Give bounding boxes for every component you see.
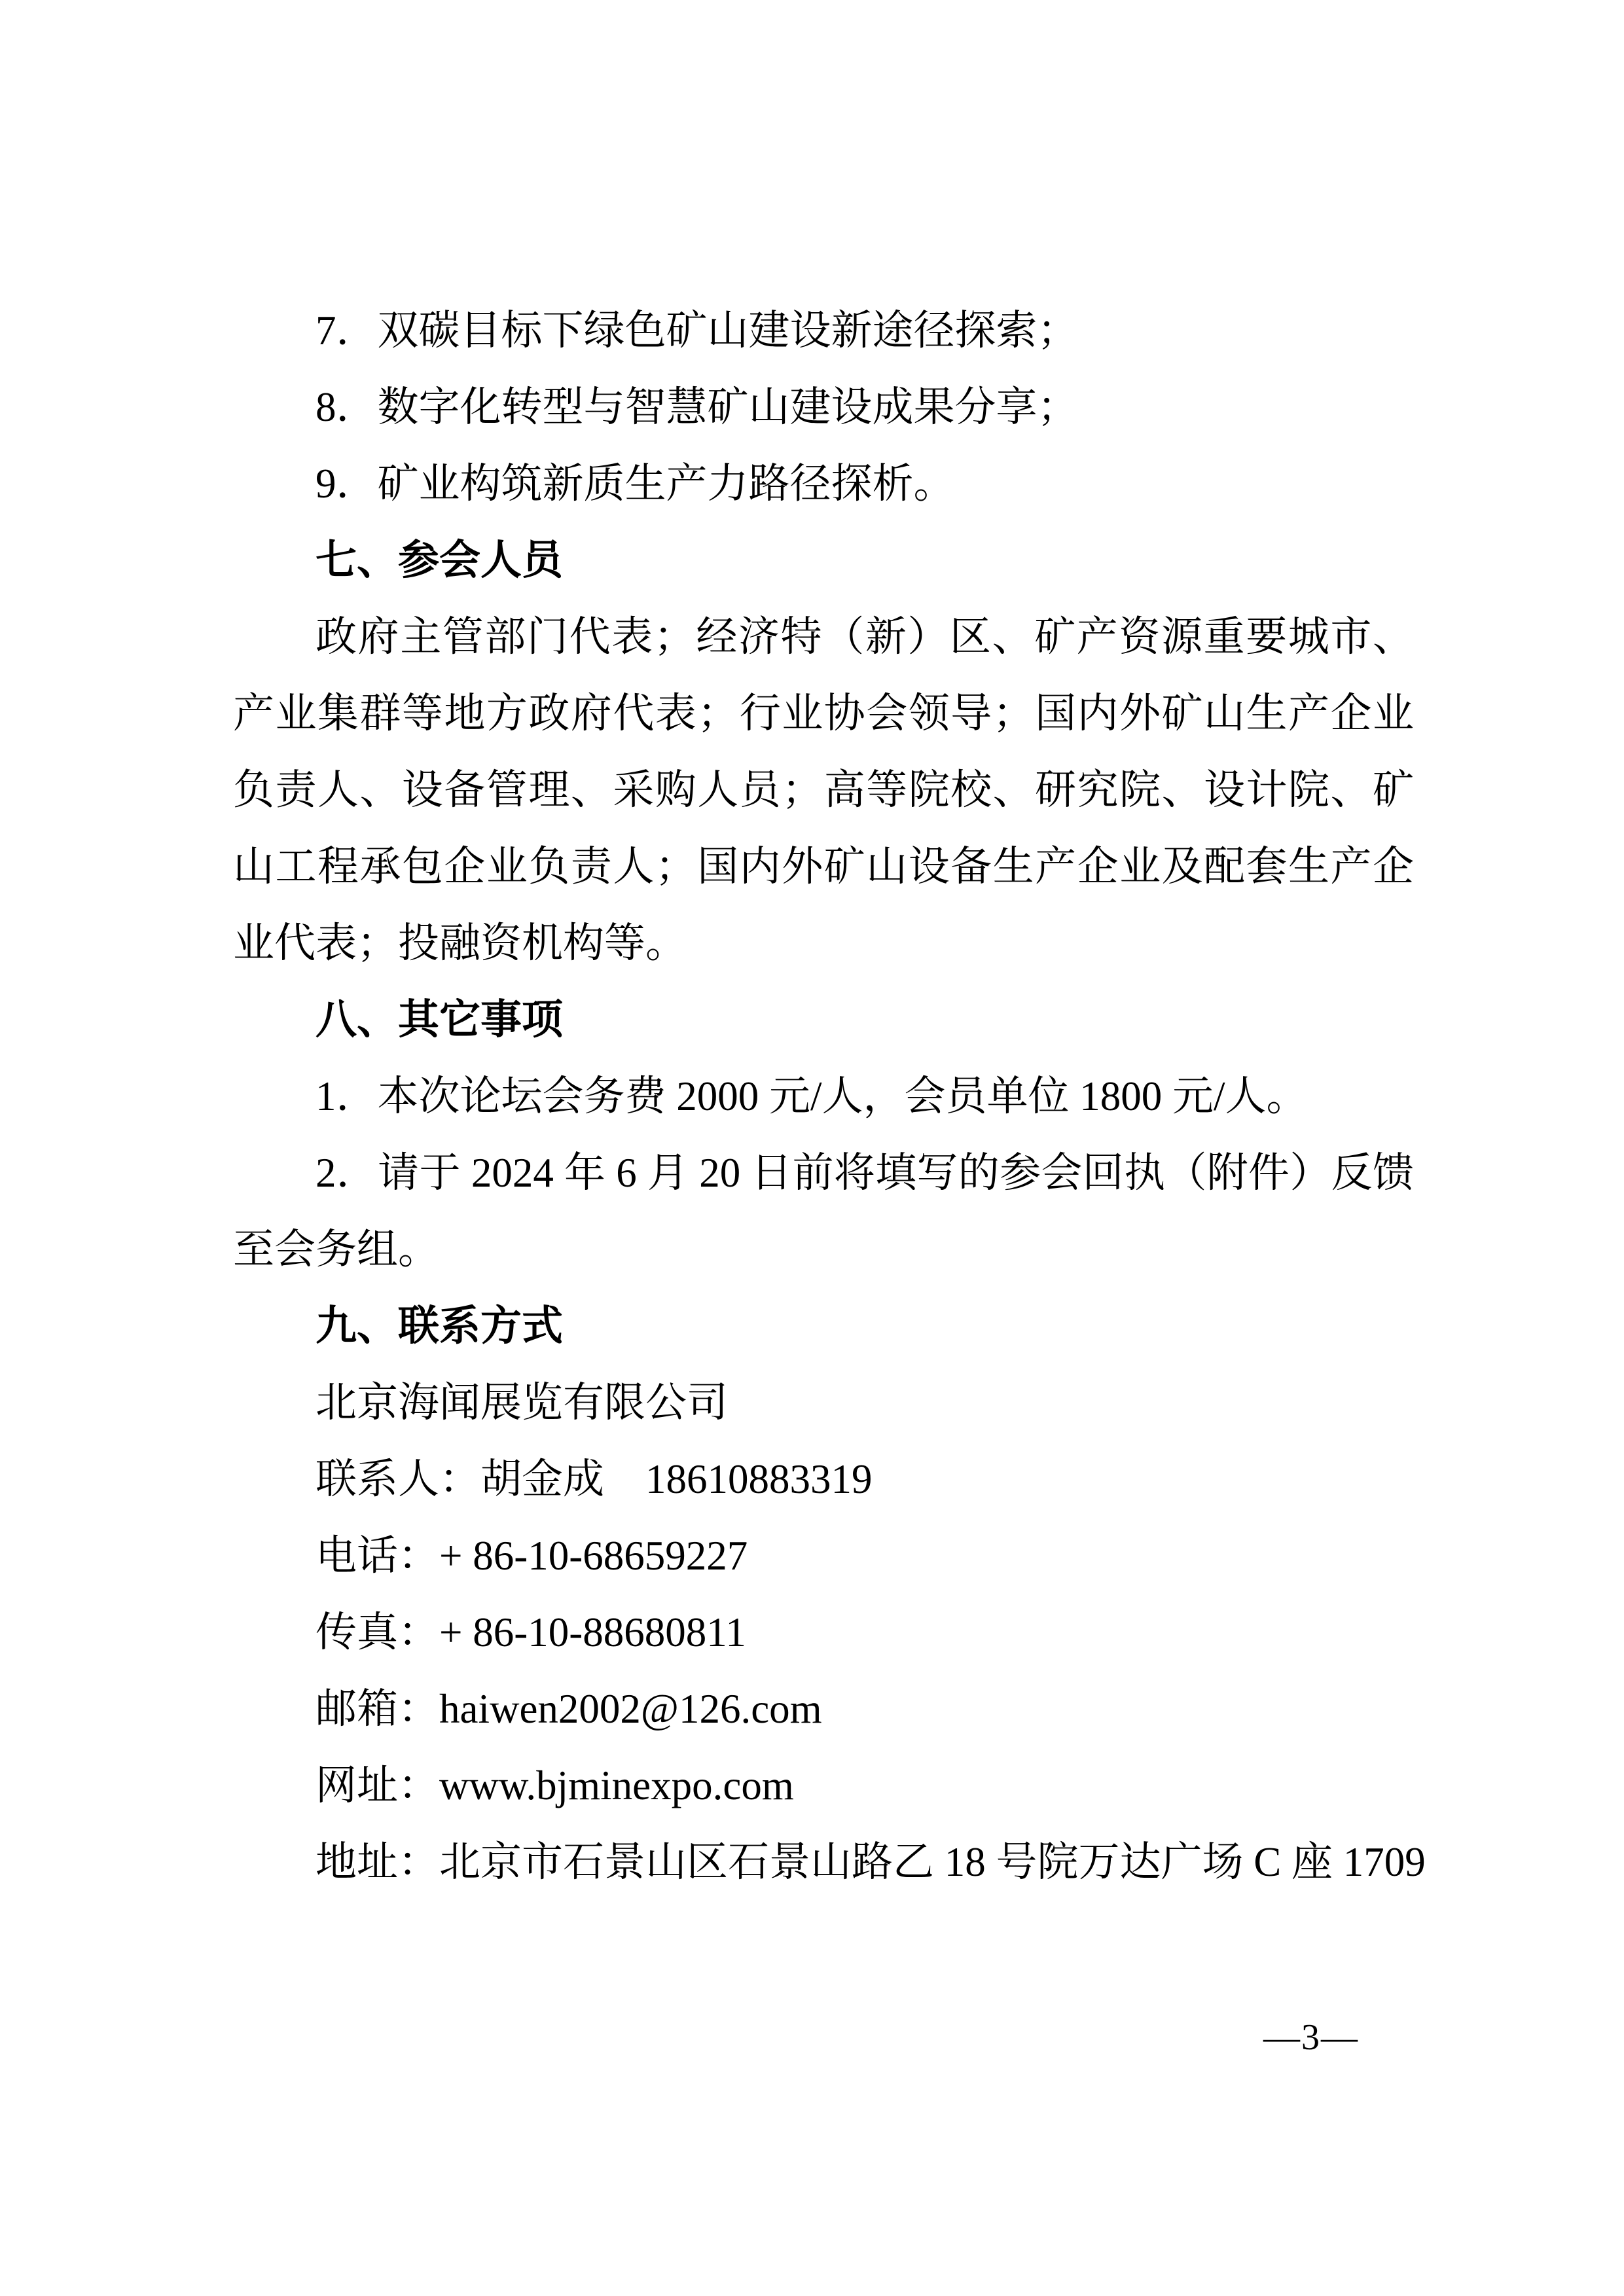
other-matters-item-2-continuation: 至会务组。 (233, 1211, 1414, 1288)
contact-email-line: 邮箱：haiwen2002@126.com (233, 1671, 1414, 1748)
contact-fax-line: 传真：+ 86-10-88680811 (233, 1594, 1414, 1671)
contact-address-line: 地址：北京市石景山区石景山路乙 18 号院万达广场 C 座 1709 (233, 1824, 1414, 1901)
agenda-item-9: 9．矿业构筑新质生产力路径探析。 (233, 446, 1414, 522)
contact-person-line: 联系人：胡金成 18610883319 (233, 1441, 1414, 1518)
section-heading-other-matters: 八、其它事项 (233, 982, 1414, 1058)
document-body: 7．双碳目标下绿色矿山建设新途径探索； 8．数字化转型与智慧矿山建设成果分享； … (233, 293, 1414, 1901)
contact-website-line: 网址：www.bjminexpo.com (233, 1748, 1414, 1824)
agenda-item-8: 8．数字化转型与智慧矿山建设成果分享； (233, 369, 1414, 446)
document-page: 7．双碳目标下绿色矿山建设新途径探索； 8．数字化转型与智慧矿山建设成果分享； … (0, 0, 1624, 2296)
agenda-item-7: 7．双碳目标下绿色矿山建设新途径探索； (233, 293, 1414, 369)
participants-body-line: 负责人、设备管理、采购人员；高等院校、研究院、设计院、矿 (233, 752, 1414, 829)
participants-body-line: 山工程承包企业负责人；国内外矿山设备生产企业及配套生产企 (233, 829, 1414, 905)
participants-body-line: 政府主管部门代表；经济特（新）区、矿产资源重要城市、 (233, 599, 1414, 675)
section-heading-contact: 九、联系方式 (233, 1288, 1414, 1365)
contact-company-line: 北京海闻展览有限公司 (233, 1365, 1414, 1441)
section-heading-participants: 七、参会人员 (233, 522, 1414, 599)
participants-body-line: 业代表；投融资机构等。 (233, 905, 1414, 982)
contact-phone-line: 电话：+ 86-10-68659227 (233, 1518, 1414, 1594)
other-matters-item-2: 2．请于 2024 年 6 月 20 日前将填写的参会回执（附件）反馈 (233, 1135, 1414, 1211)
other-matters-item-1: 1．本次论坛会务费 2000 元/人，会员单位 1800 元/人。 (233, 1058, 1414, 1135)
participants-body-line: 产业集群等地方政府代表；行业协会领导；国内外矿山生产企业 (233, 675, 1414, 752)
page-number: —3— (1263, 2015, 1359, 2060)
